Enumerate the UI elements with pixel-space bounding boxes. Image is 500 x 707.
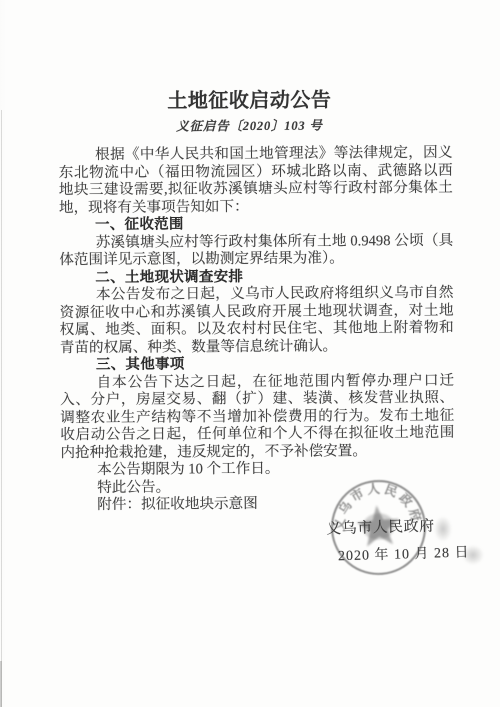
ink-smudge	[434, 516, 452, 542]
paragraph-survey: 本公告发布之日起，义乌市人民政府将组织义乌市自然资源征收中心和苏溪镇人民政府开展…	[59, 285, 453, 357]
paragraph-scope: 苏溪镇塘头应村等行政村集体所有土地 0.9498 公顷（具体范围详见示意图，以勘…	[59, 232, 453, 269]
paragraph-intro: 根据《中华人民共和国土地管理法》等法律规定，因义东北物流中心（福田物流园区）环城…	[59, 145, 453, 217]
paragraph-other: 自本公告下达之日起，在征地范围内暂停办理户口迁入、分户，房屋交易、翻（扩）建、装…	[60, 372, 455, 462]
seal-ink-smudge	[361, 512, 395, 541]
ink-smudge	[462, 545, 484, 565]
notice-document: 土地征收启动公告 义征启告〔2020〕103 号 根据《中华人民共和国土地管理法…	[0, 0, 500, 707]
page-title: 土地征收启动公告	[0, 88, 499, 113]
notice-body: 根据《中华人民共和国土地管理法》等法律规定，因义东北物流中心（福田物流园区）环城…	[0, 144, 500, 515]
document-number: 义征启告〔2020〕103 号	[0, 117, 500, 134]
official-seal: 义乌市人民政府	[324, 473, 433, 582]
scanned-page: 土地征收启动公告 义征启告〔2020〕103 号 根据《中华人民共和国土地管理法…	[0, 0, 500, 707]
scan-corner-artifact	[0, 661, 2, 707]
